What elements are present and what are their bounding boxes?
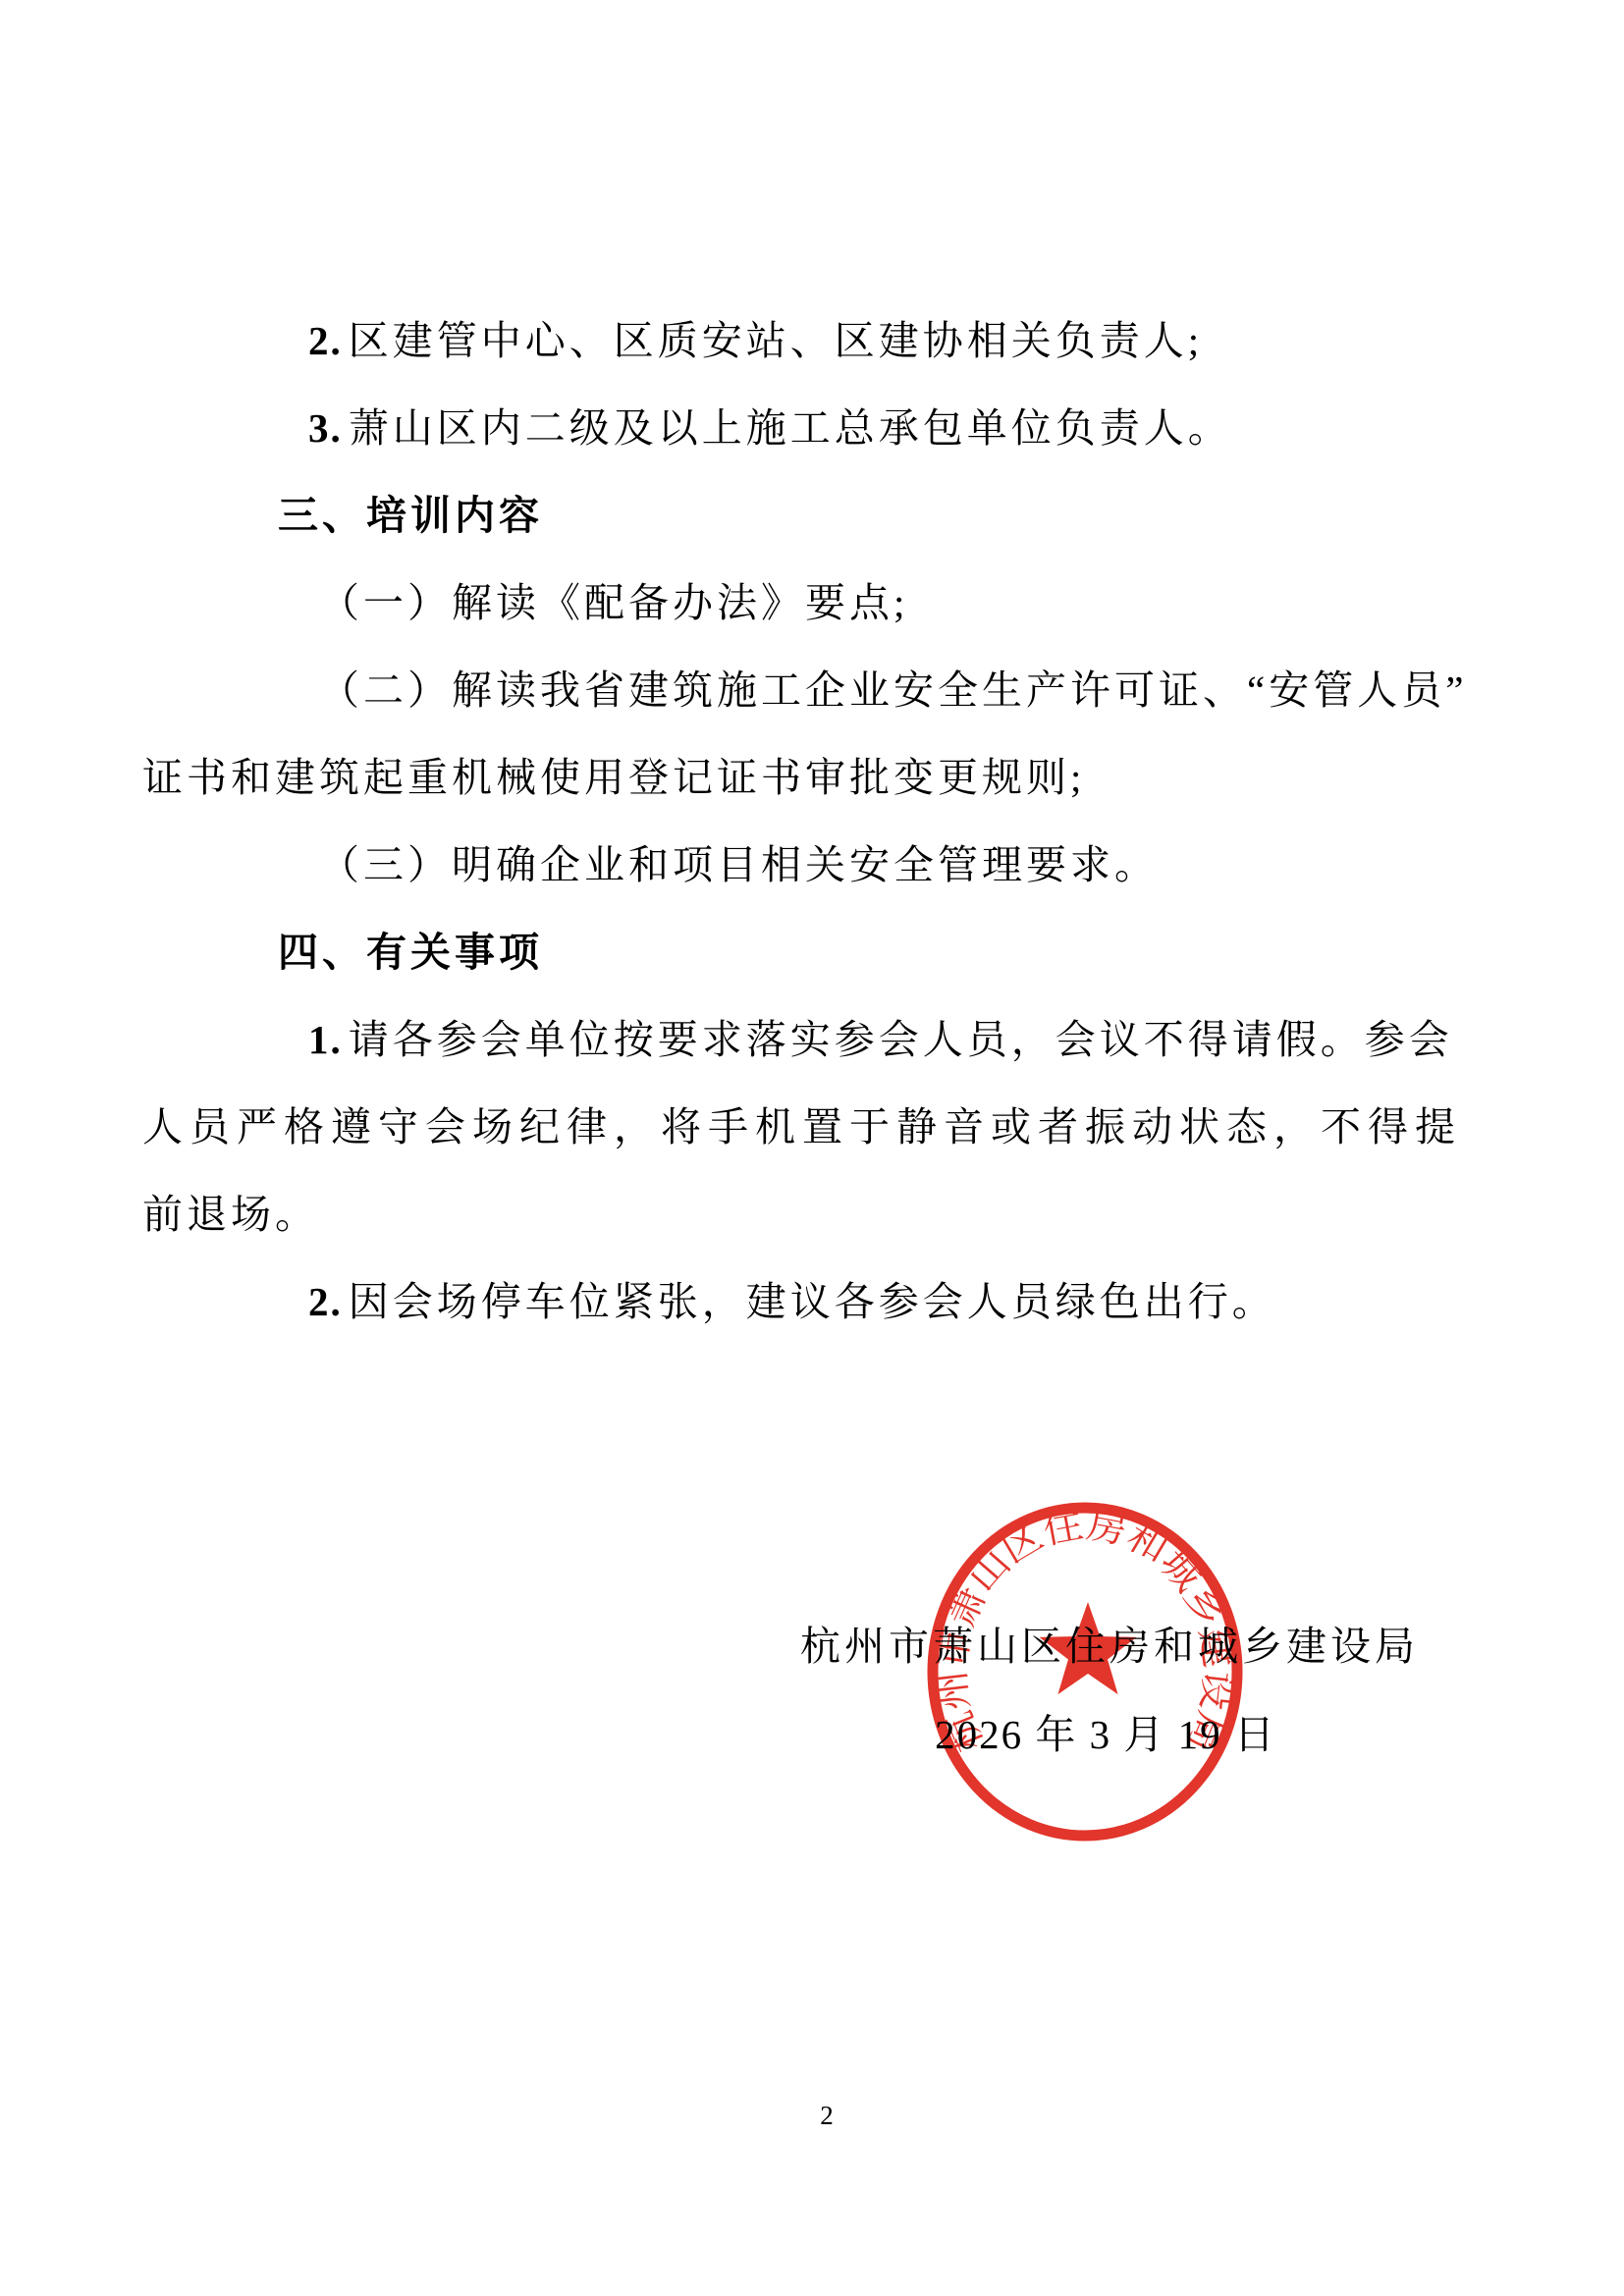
section-heading: 四、有关事项 (142, 909, 1483, 996)
list-number: 2. (308, 1279, 349, 1324)
body-line-text: 请各参会单位按要求落实参会人员，会议不得请假。参会 (349, 1017, 1453, 1062)
body-line-text: 因会场停车位紧张，建议各参会人员绿色出行。 (349, 1279, 1276, 1324)
page-number: 2 (729, 2091, 925, 2140)
body-line: 1.请各参会单位按要求落实参会人员，会议不得请假。参会 (142, 996, 1483, 1084)
list-number: 1. (308, 1017, 349, 1062)
body-line: 证书和建筑起重机械使用登记证书审批变更规则; (142, 734, 1483, 822)
document-page: 2.区建管中心、区质安站、区建协相关负责人; 3.萧山区内二级及以上施工总承包单… (0, 0, 1624, 2296)
list-number: 3. (308, 405, 349, 451)
section-heading: 三、培训内容 (142, 472, 1483, 560)
body-line: 人员严格遵守会场纪律，将手机置于静音或者振动状态，不得提 (142, 1084, 1483, 1171)
official-seal-stamp: 杭州市萧山区住房和城乡建设局 (913, 1472, 1259, 1855)
body-line: 3.萧山区内二级及以上施工总承包单位负责人。 (142, 385, 1483, 472)
body-line: （一）解读《配备办法》要点; (142, 560, 1483, 647)
body-line: （三）明确企业和项目相关安全管理要求。 (142, 822, 1483, 909)
star-icon (1040, 1602, 1137, 1694)
body-line: 2.因会场停车位紧张，建议各参会人员绿色出行。 (142, 1258, 1483, 1346)
body-line: 前退场。 (142, 1171, 1483, 1258)
body-line-text: 区建管中心、区质安站、区建协相关负责人; (349, 318, 1203, 363)
body-line: （二）解读我省建筑施工企业安全生产许可证、“安管人员” (142, 647, 1483, 734)
list-number: 2. (308, 318, 349, 363)
document-body: 2.区建管中心、区质安站、区建协相关负责人; 3.萧山区内二级及以上施工总承包单… (142, 297, 1483, 1346)
body-line: 2.区建管中心、区质安站、区建协相关负责人; (142, 297, 1483, 385)
body-line-text: 萧山区内二级及以上施工总承包单位负责人。 (349, 405, 1232, 451)
